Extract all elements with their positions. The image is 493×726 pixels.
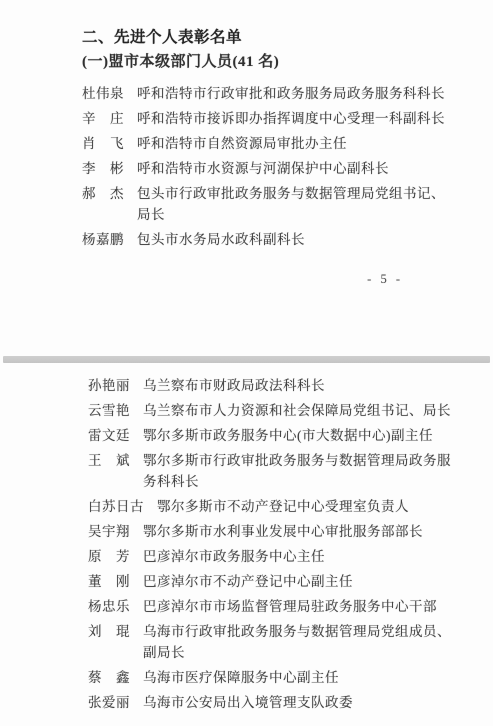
person-title: 呼和浩特市水资源与河湖保护中心副科长	[137, 158, 449, 179]
person-name: 原 芳	[88, 546, 130, 567]
person-title: 乌兰察布市财政局政法科科长	[143, 375, 453, 396]
person-title: 乌海市行政审批政务服务与数据管理局党组成员、副局长	[143, 621, 453, 663]
list-item: 蔡 鑫 乌海市医疗保障服务中心副主任	[88, 667, 453, 688]
person-title: 巴彦淖尔市不动产登记中心副主任	[143, 571, 453, 592]
person-name: 肖 飞	[82, 133, 124, 154]
person-title: 鄂尔多斯市不动产登记中心受理室负责人	[157, 496, 453, 517]
document-page-5: 二、先进个人表彰名单 (一)盟市本级部门人员(41 名) 杜伟泉 呼和浩特市行政…	[0, 0, 493, 356]
person-title: 乌海市医疗保障服务中心副主任	[143, 667, 453, 688]
list-item: 董 刚 巴彦淖尔市不动产登记中心副主任	[88, 571, 453, 592]
person-name: 杨忠乐	[88, 596, 130, 617]
person-name: 辛 庄	[82, 108, 124, 129]
list-item: 辛 庄 呼和浩特市接诉即办指挥调度中心受理一科副科长	[82, 108, 453, 129]
list-item: 孙艳丽 乌兰察布市财政局政法科科长	[88, 375, 453, 396]
list-item: 原 芳 巴彦淖尔市政务服务中心主任	[88, 546, 453, 567]
subsection-heading: (一)盟市本级部门人员(41 名)	[82, 54, 453, 71]
person-name: 董 刚	[88, 571, 130, 592]
person-name: 郝 杰	[82, 183, 124, 204]
person-title: 呼和浩特市行政审批和政务服务局政务服务科科长	[137, 83, 449, 104]
list-item: 杜伟泉 呼和浩特市行政审批和政务服务局政务服务科科长	[82, 83, 453, 104]
person-title: 巴彦淖尔市市场监督管理局驻政务服务中心干部	[143, 596, 453, 617]
person-title: 乌兰察布市人力资源和社会保障局党组书记、局长	[143, 400, 453, 421]
list-item: 郝 杰 包头市行政审批政务服务与数据管理局党组书记、局长	[82, 183, 453, 225]
person-title: 巴彦淖尔市政务服务中心主任	[143, 546, 453, 567]
person-title: 鄂尔多斯市水利事业发展中心审批服务部部长	[143, 521, 453, 542]
document-page-6: 孙艳丽 乌兰察布市财政局政法科科长 云雪艳 乌兰察布市人力资源和社会保障局党组书…	[0, 363, 493, 726]
section-heading: 二、先进个人表彰名单	[82, 29, 453, 46]
person-title: 鄂尔多斯市行政审批政务服务与数据管理局政务服务科科长	[143, 450, 453, 492]
list-item: 白苏日古 鄂尔多斯市不动产登记中心受理室负责人	[88, 496, 453, 517]
person-name: 杨嘉鹏	[82, 229, 124, 250]
list-item: 云雪艳 乌兰察布市人力资源和社会保障局党组书记、局长	[88, 400, 453, 421]
page-number: - 5 -	[82, 272, 453, 286]
scanned-document-view: 二、先进个人表彰名单 (一)盟市本级部门人员(41 名) 杜伟泉 呼和浩特市行政…	[0, 0, 493, 726]
page-separator	[3, 356, 490, 363]
person-name: 张爱丽	[88, 692, 130, 713]
person-title: 包头市水务局水政科副科长	[137, 229, 449, 250]
list-item: 李 彬 呼和浩特市水资源与河湖保护中心副科长	[82, 158, 453, 179]
list-item: 雷文廷 鄂尔多斯市政务服务中心(市大数据中心)副主任	[88, 425, 453, 446]
list-item: 肖 飞 呼和浩特市自然资源局审批办主任	[82, 133, 453, 154]
person-name: 蔡 鑫	[88, 667, 130, 688]
person-title: 呼和浩特市自然资源局审批办主任	[137, 133, 449, 154]
person-name: 杜伟泉	[82, 83, 124, 104]
person-title: 乌海市公安局出入境管理支队政委	[143, 692, 453, 713]
person-name: 白苏日古	[88, 496, 144, 517]
list-item: 吴宇翔 鄂尔多斯市水利事业发展中心审批服务部部长	[88, 521, 453, 542]
list-item: 杨忠乐 巴彦淖尔市市场监督管理局驻政务服务中心干部	[88, 596, 453, 617]
person-name: 孙艳丽	[88, 375, 130, 396]
person-name: 吴宇翔	[88, 521, 130, 542]
person-name: 雷文廷	[88, 425, 130, 446]
person-name: 李 彬	[82, 158, 124, 179]
person-title: 鄂尔多斯市政务服务中心(市大数据中心)副主任	[143, 425, 453, 446]
person-name: 云雪艳	[88, 400, 130, 421]
person-name: 王 斌	[88, 450, 130, 471]
list-item: 王 斌 鄂尔多斯市行政审批政务服务与数据管理局政务服务科科长	[88, 450, 453, 492]
person-title: 包头市行政审批政务服务与数据管理局党组书记、局长	[137, 183, 449, 225]
list-item: 杨嘉鹏 包头市水务局水政科副科长	[82, 229, 453, 250]
list-item: 张爱丽 乌海市公安局出入境管理支队政委	[88, 692, 453, 713]
person-name: 刘 琨	[88, 621, 130, 642]
person-title: 呼和浩特市接诉即办指挥调度中心受理一科副科长	[137, 108, 449, 129]
list-item: 刘 琨 乌海市行政审批政务服务与数据管理局党组成员、副局长	[88, 621, 453, 663]
